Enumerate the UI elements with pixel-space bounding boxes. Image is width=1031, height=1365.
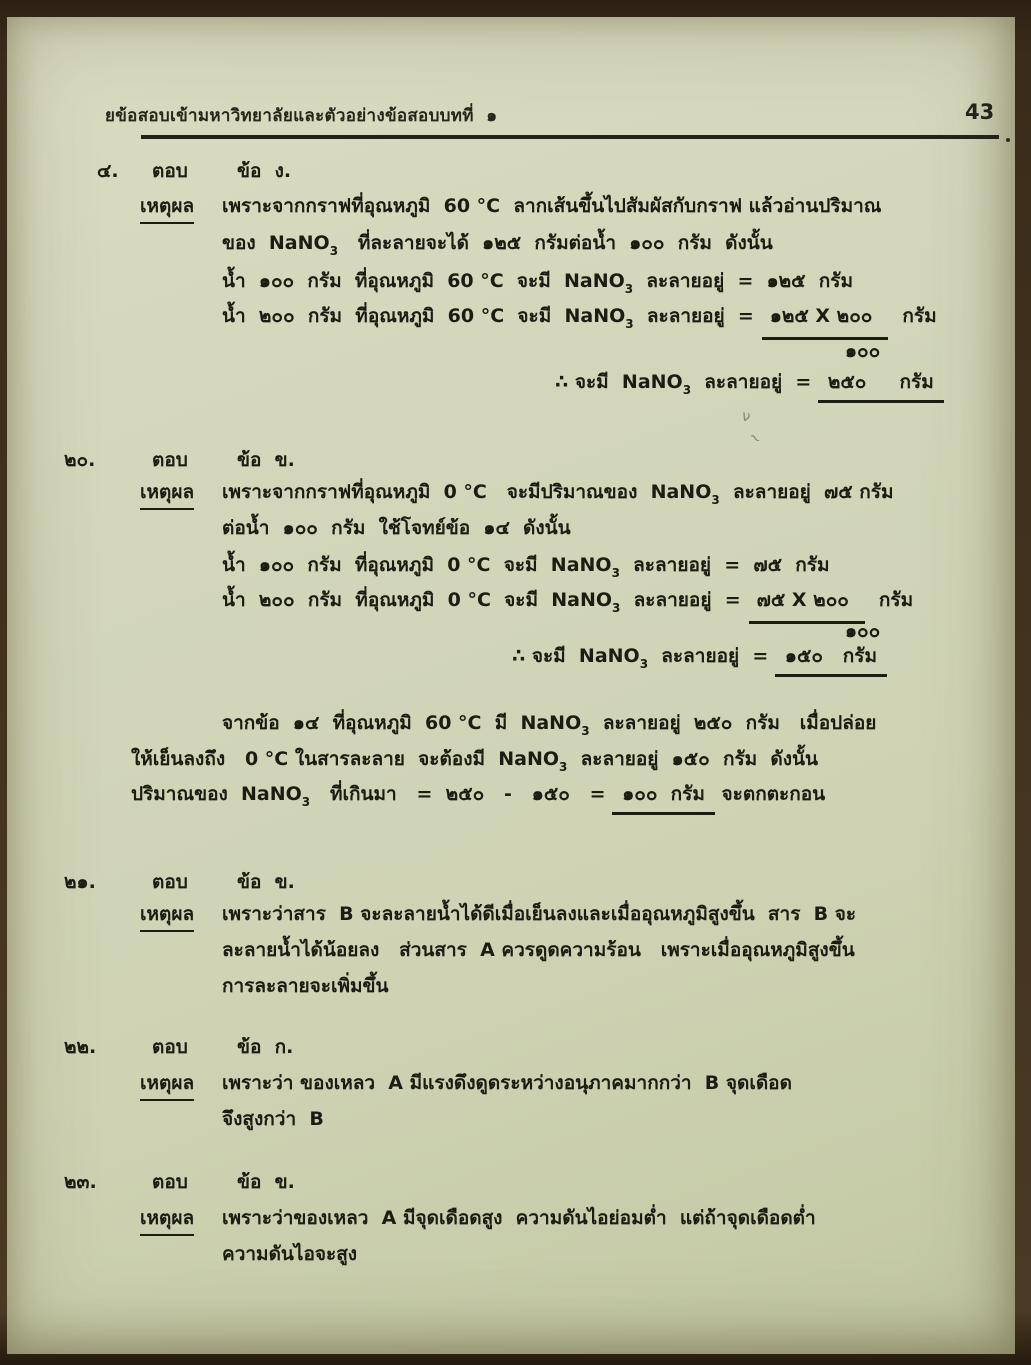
answer-value: ข้อ ก. bbox=[237, 1034, 293, 1060]
item-number: ๒๑. bbox=[64, 869, 96, 895]
answer-value: ข้อ ข. bbox=[237, 1169, 295, 1195]
pencil-mark: ν bbox=[740, 406, 752, 425]
calc-line-fraction: น้ำ ๒๐๐ กรัม ที่อุณหภูมิ 0 °C จะมี NaNO3… bbox=[222, 587, 913, 624]
reason-label: เหตุผล bbox=[140, 479, 194, 510]
reason-label-text: เหตุผล bbox=[140, 193, 194, 224]
header-rule bbox=[141, 135, 999, 139]
answer-value: ข้อ ข. bbox=[237, 869, 295, 895]
answer-label: ตอบ bbox=[152, 869, 188, 895]
result-value-underlined: ๒๕๐ กรัม bbox=[818, 369, 944, 403]
reason-line: การละลายจะเพิ่มขึ้น bbox=[222, 973, 389, 999]
fraction-numerator: ๑๒๕ X ๒๐๐ bbox=[762, 303, 889, 340]
calc-line: น้ำ ๑๐๐ กรัม ที่อุณหภูมิ 0 °C จะมี NaNO3… bbox=[222, 552, 830, 578]
reason-line: ของ NaNO3 ที่ละลายจะได้ ๑๒๕ กรัมต่อน้ำ ๑… bbox=[222, 230, 773, 256]
pencil-mark: ~ bbox=[745, 427, 766, 449]
note-line: จากข้อ ๑๔ ที่อุณหภูมิ 60 °C มี NaNO3 ละล… bbox=[222, 710, 876, 736]
note-underlined-value: ๑๐๐ กรัม bbox=[612, 781, 715, 815]
answer-label: ตอบ bbox=[152, 158, 188, 184]
reason-label-text: เหตุผล bbox=[140, 1205, 194, 1236]
reason-label-text: เหตุผล bbox=[140, 479, 194, 510]
note-suffix: จะตกตะกอน bbox=[715, 783, 825, 805]
calc-line: น้ำ ๑๐๐ กรัม ที่อุณหภูมิ 60 °C จะมี NaNO… bbox=[222, 268, 853, 294]
reason-line: จึงสูงกว่า B bbox=[222, 1106, 324, 1132]
scanned-textbook-page: { "header": { "title": "ยข้อสอบเข้ามหาวิ… bbox=[0, 0, 1031, 1365]
reason-label-text: เหตุผล bbox=[140, 901, 194, 932]
calc-prefix: น้ำ ๒๐๐ กรัม ที่อุณหภูมิ 0 °C จะมี NaNO3… bbox=[222, 589, 741, 611]
page-header-title: ยข้อสอบเข้ามหาวิทยาลัยและตัวอย่างข้อสอบบ… bbox=[105, 103, 497, 129]
result-line: ∴ จะมี NaNO3 ละลายอยู่ = ๒๕๐ กรัม bbox=[555, 369, 944, 403]
reason-label: เหตุผล bbox=[140, 1070, 194, 1101]
reason-label: เหตุผล bbox=[140, 901, 194, 932]
result-prefix: ∴ จะมี NaNO3 ละลายอยู่ = bbox=[555, 371, 811, 393]
reason-label: เหตุผล bbox=[140, 193, 194, 224]
item-number: ๒๒. bbox=[64, 1034, 96, 1060]
reason-label: เหตุผล bbox=[140, 1205, 194, 1236]
note-line: ให้เย็นลงถึง 0 °C ในสารละลาย จะต้องมี Na… bbox=[131, 746, 818, 772]
reason-line: ละลายน้ำได้น้อยลง ส่วนสาร A ควรดูดความร้… bbox=[222, 937, 855, 963]
reason-line: เพราะว่าของเหลว A มีจุดเดือดสูง ความดันไ… bbox=[222, 1205, 816, 1231]
answer-value: ข้อ ง. bbox=[237, 158, 291, 184]
reason-label-text: เหตุผล bbox=[140, 1070, 194, 1101]
reason-line: ต่อน้ำ ๑๐๐ กรัม ใช้โจทย์ข้อ ๑๔ ดังนั้น bbox=[222, 515, 571, 541]
answer-label: ตอบ bbox=[152, 1169, 188, 1195]
rule-end-dot bbox=[1006, 138, 1010, 142]
reason-line: ความดันไอจะสูง bbox=[222, 1241, 357, 1267]
reason-line: เพราะว่าสาร B จะละลายน้ำได้ดีเมื่อเย็นลง… bbox=[222, 901, 856, 927]
page-number: 43 bbox=[965, 99, 994, 125]
calc-prefix: น้ำ ๒๐๐ กรัม ที่อุณหภูมิ 60 °C จะมี NaNO… bbox=[222, 305, 754, 327]
reason-line: เพราะจากกราฟที่อุณหภูมิ 60 °C ลากเส้นขึ้… bbox=[222, 193, 881, 219]
result-line: ∴ จะมี NaNO3 ละลายอยู่ = ๑๕๐ กรัม bbox=[512, 643, 887, 677]
item-number: ๒๓. bbox=[64, 1169, 97, 1195]
result-prefix: ∴ จะมี NaNO3 ละลายอยู่ = bbox=[512, 645, 768, 667]
fraction-denominator: ๑๐๐ bbox=[845, 618, 880, 644]
reason-line: เพราะจากกราฟที่อุณหภูมิ 0 °C จะมีปริมาณข… bbox=[222, 479, 894, 505]
unit-label: กรัม bbox=[902, 305, 936, 327]
answer-label: ตอบ bbox=[152, 447, 188, 473]
result-value-underlined: ๑๕๐ กรัม bbox=[775, 643, 887, 677]
unit-label: กรัม bbox=[879, 589, 913, 611]
fraction-denominator: ๑๐๐ bbox=[845, 338, 880, 364]
answer-label: ตอบ bbox=[152, 1034, 188, 1060]
calc-line-fraction: น้ำ ๒๐๐ กรัม ที่อุณหภูมิ 60 °C จะมี NaNO… bbox=[222, 303, 937, 340]
reason-line: เพราะว่า ของเหลว A มีแรงดึงดูดระหว่างอนุ… bbox=[222, 1070, 792, 1096]
item-number: ๔. bbox=[97, 158, 119, 184]
paper-sheet: ยข้อสอบเข้ามหาวิทยาลัยและตัวอย่างข้อสอบบ… bbox=[7, 17, 1015, 1354]
item-number: ๒๐. bbox=[64, 447, 95, 473]
answer-value: ข้อ ข. bbox=[237, 447, 295, 473]
note-line: ปริมาณของ NaNO3 ที่เกินมา = ๒๕๐ - ๑๕๐ = … bbox=[131, 781, 825, 815]
note-prefix: ปริมาณของ NaNO3 ที่เกินมา = ๒๕๐ - ๑๕๐ = bbox=[131, 783, 606, 805]
